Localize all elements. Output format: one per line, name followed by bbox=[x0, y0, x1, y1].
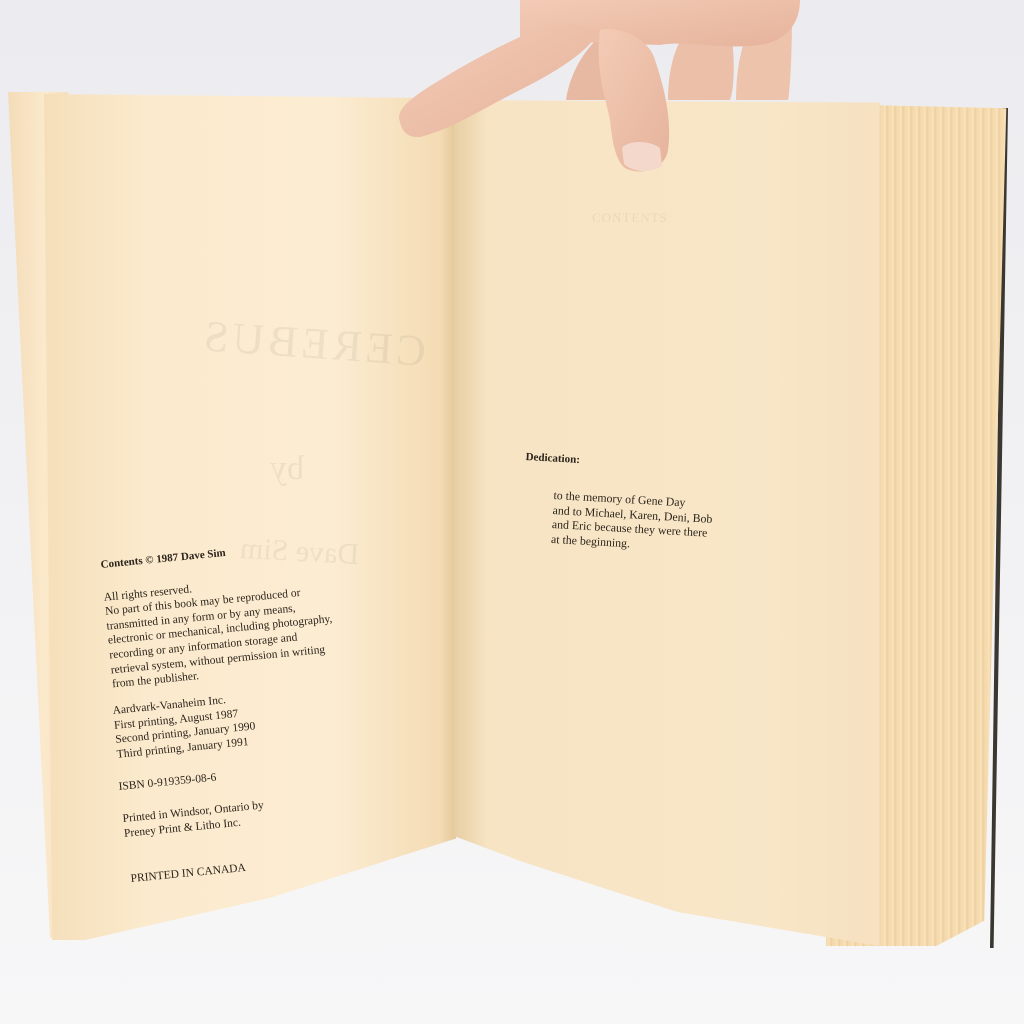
photo-scene: CEREBUS by Dave Sim CONTENTS Contents © … bbox=[0, 0, 1024, 1024]
dedication-text: to the memory of Gene Day and to Michael… bbox=[551, 488, 714, 555]
copyright-block: Contents © 1987 Dave Sim All rights rese… bbox=[100, 536, 337, 692]
dedication-label: Dedication: bbox=[525, 450, 580, 468]
show-through-contents: CONTENTS bbox=[592, 210, 668, 226]
show-through-by: by bbox=[270, 450, 304, 488]
